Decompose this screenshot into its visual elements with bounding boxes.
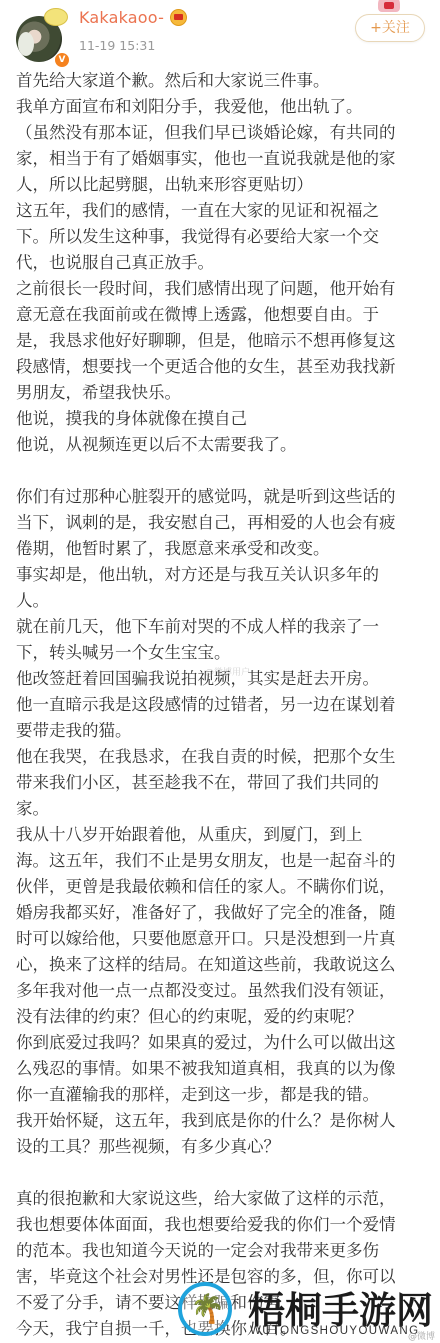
body-text-line: 要带走我的猫。 — [16, 718, 426, 744]
body-text-line: 你到底爱过我吗？如果真的爱过，为什么可以做出这 — [16, 1030, 426, 1056]
body-text-line: 这五年，我们的感情，一直在大家的见证和祝福之 — [16, 198, 426, 224]
palm-logo-icon: 🌴 — [178, 1282, 232, 1336]
post-body: 首先给大家道个歉。然后和大家说三件事。我单方面宣布和刘阳分手，我爱他，他出轨了。… — [16, 68, 426, 1342]
body-text-line: 人。 — [16, 588, 426, 614]
body-text-line: 带来我们小区，甚至趁我不在，带回了我们共同的 — [16, 770, 426, 796]
body-text-line: 我单方面宣布和刘阳分手，我爱他，他出轨了。 — [16, 94, 426, 120]
body-text-line: 家，相当于有了婚姻事实，他也一直说我就是他的家 — [16, 146, 426, 172]
paragraph-gap — [16, 458, 426, 484]
body-text-line: 男朋友，希望我快乐。 — [16, 380, 426, 406]
weibo-watermark: @微博 — [408, 1329, 435, 1342]
body-text-line: 之前很长一段时间，我们感情出现了问题，他开始有 — [16, 276, 426, 302]
body-text-line: 代，也说服自己真正放手。 — [16, 250, 426, 276]
body-text-line: 真的很抱歉和大家说这些，给大家做了这样的示范， — [16, 1186, 426, 1212]
post-header: V Kakakaoo- 11-19 15:31 +关注 — [0, 0, 440, 64]
body-text-line: 段感情，想要找一个更适合他的女生，甚至劝我找新 — [16, 354, 426, 380]
username[interactable]: Kakakaoo- — [79, 8, 164, 27]
inline-watermark: @微博用户 — [205, 665, 250, 678]
author-name-row: Kakakaoo- — [79, 8, 187, 27]
body-text-line: 伙伴，更曾是我最依赖和信任的家人。不瞒你们说， — [16, 874, 426, 900]
body-text-line: 意无意在我面前或在微博上透露，他想要自由。于 — [16, 302, 426, 328]
body-text-line: 设的工具？那些视频，有多少真心？ — [16, 1134, 426, 1160]
post-timestamp: 11-19 15:31 — [79, 38, 155, 53]
site-watermark: 🌴 梧桐手游网 WUTONGSHOUYOUWANG — [170, 1280, 440, 1343]
body-text-line: 首先给大家道个歉。然后和大家说三件事。 — [16, 68, 426, 94]
body-text-line: 心，换来了这样的结局。在知道这些前，我敢说这么 — [16, 952, 426, 978]
body-text-line: 我也想要体体面面，我也想要给爱我的你们一个爱情 — [16, 1212, 426, 1238]
body-text-line: 多年我对他一点一点都没变过。虽然我们没有领证， — [16, 978, 426, 1004]
body-text-line: 倦期，他暂时累了，我愿意来承受和改变。 — [16, 536, 426, 562]
watermark-subtitle: WUTONGSHOUYOUWANG — [250, 1325, 419, 1337]
body-text-line: 就在前几天，他下车前对哭的不成人样的我亲了一 — [16, 614, 426, 640]
body-text-line: 时可以嫁给他，只要他愿意开口。只是没想到一片真 — [16, 926, 426, 952]
crown-icon — [170, 9, 187, 26]
body-text-line: 他一直暗示我是这段感情的过错者，另一边在谋划着 — [16, 692, 426, 718]
body-text-line: 海。这五年，我们不止是男女朋友，也是一起奋斗的 — [16, 848, 426, 874]
body-text-line: 是，我恳求他好好聊聊，但是，他暗示不想再修复这 — [16, 328, 426, 354]
avatar-pendant-icon — [44, 8, 68, 26]
body-text-line: 家。 — [16, 796, 426, 822]
body-text-line: （虽然没有那本证，但我们早已谈婚论嫁，有共同的 — [16, 120, 426, 146]
paragraph-gap — [16, 1160, 426, 1186]
body-text-line: 当下，讽刺的是，我安慰自己，再相爱的人也会有疲 — [16, 510, 426, 536]
body-text-line: 没有法律的约束？但心的约束呢，爱的约束呢？ — [16, 1004, 426, 1030]
body-text-line: 他在我哭，在我恳求，在我自责的时候，把那个女生 — [16, 744, 426, 770]
follow-button[interactable]: +关注 — [355, 14, 425, 42]
body-text-line: 他说，摸我的身体就像在摸自己 — [16, 406, 426, 432]
body-text-line: 人，所以比起劈腿，出轨来形容更贴切） — [16, 172, 426, 198]
body-text-line: 他说，从视频连更以后不太需要我了。 — [16, 432, 426, 458]
body-text-line: 下。所以发生这种事，我觉得有必要给大家一个交 — [16, 224, 426, 250]
body-text-line: 婚房我都买好，准备好了，我做好了完全的准备，随 — [16, 900, 426, 926]
body-text-line: 下，转头喊另一个女生宝宝。 — [16, 640, 426, 666]
body-text-line: 我开始怀疑，这五年，我到底是你的什么？是你树人 — [16, 1108, 426, 1134]
avatar-container[interactable]: V — [14, 8, 64, 58]
body-text-line: 的范本。我也知道今天说的一定会对我带来更多伤 — [16, 1238, 426, 1264]
body-text-line: 我从十八岁开始跟着他，从重庆，到厦门，到上 — [16, 822, 426, 848]
body-text-line: 你们有过那种心脏裂开的感觉吗，就是听到这些话的 — [16, 484, 426, 510]
body-text-line: 你一直灌输我的那样，走到这一步，都是我的错。 — [16, 1082, 426, 1108]
verified-badge-icon: V — [54, 52, 70, 68]
body-text-line: 事实却是，他出轨，对方还是与我互关认识多年的 — [16, 562, 426, 588]
decorative-sticker-icon — [368, 0, 416, 14]
body-text-line: 么残忍的事情。如果不被我知道真相，我真的以为像 — [16, 1056, 426, 1082]
